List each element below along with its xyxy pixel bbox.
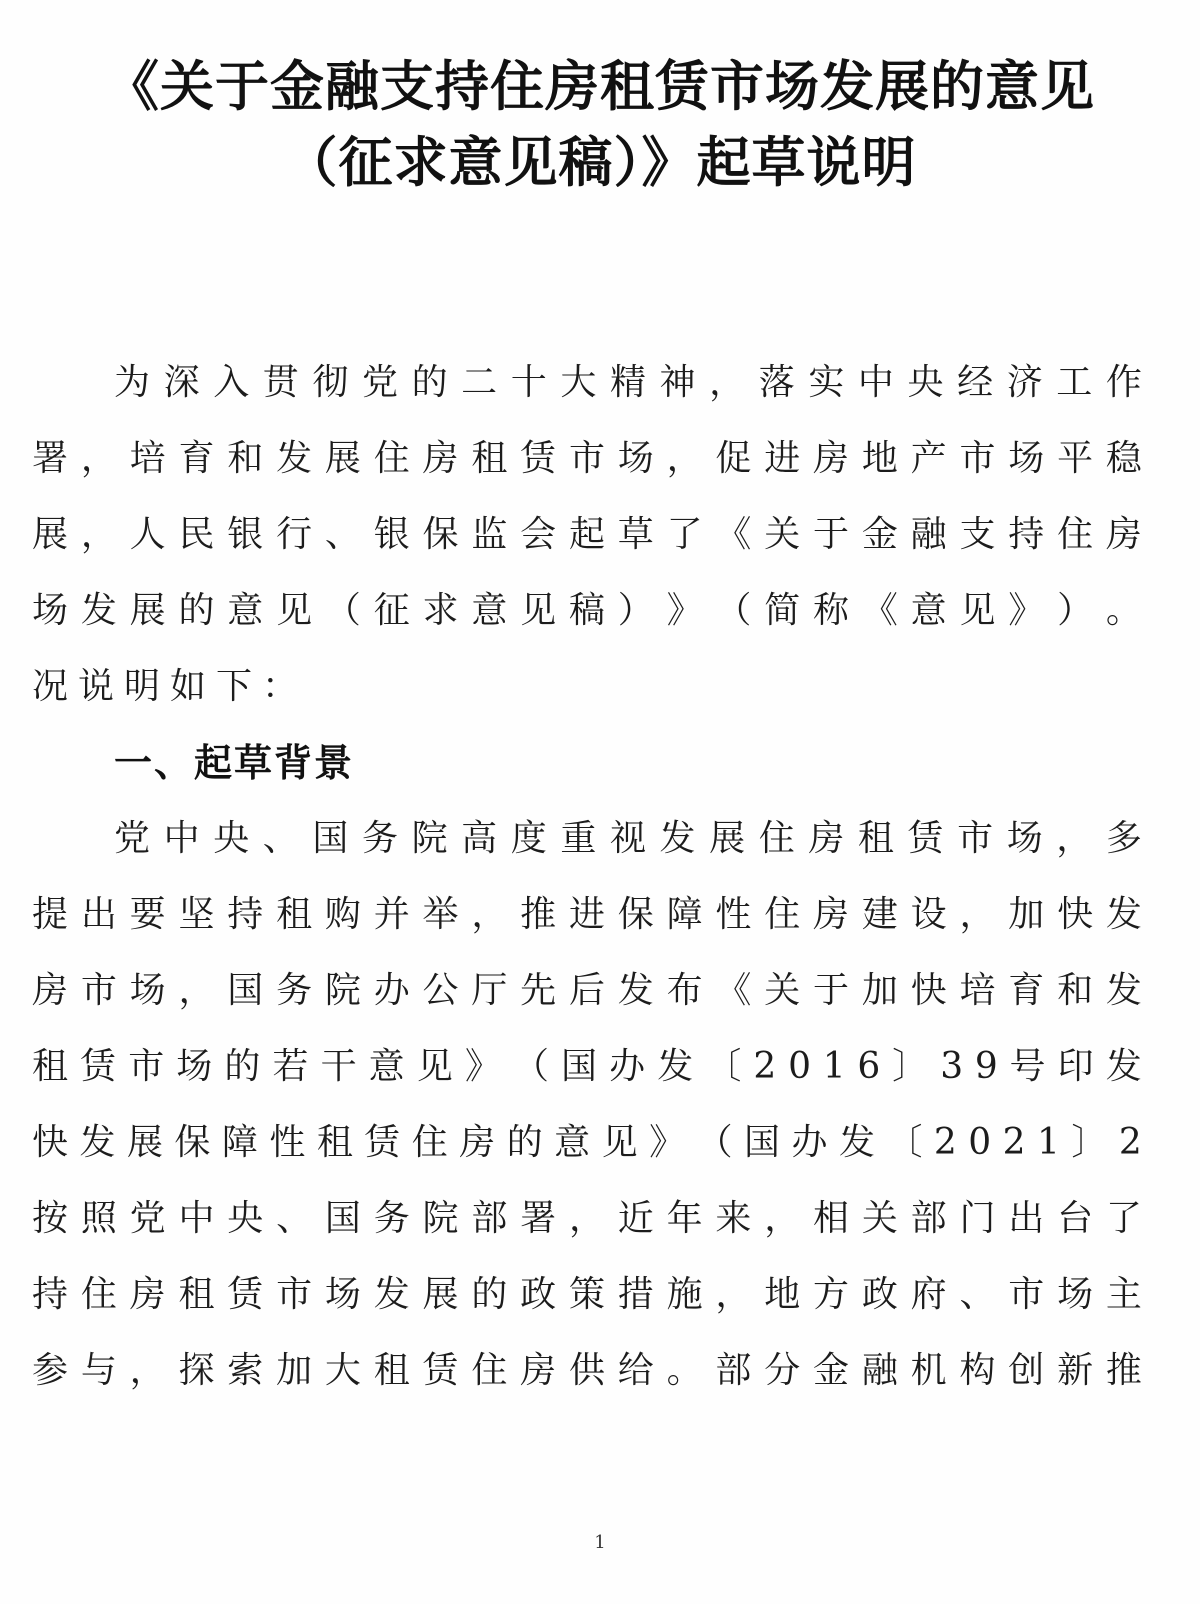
paragraph-1-line-1: 为 深 入 贯 彻 党 的 二 十 大 精 神 ， 落 实 中 央 经 济 工 … (114, 358, 1142, 408)
paragraph-2-line-1: 党 中 央 、 国 务 院 高 度 重 视 发 展 住 房 租 赁 市 场 ， … (114, 814, 1142, 864)
paragraph-2-line-7: 持 住 房 租 赁 市 场 发 展 的 政 策 措 施 ， 地 方 政 府 、 … (32, 1270, 1142, 1320)
paragraph-1-line-4: 场 发 展 的 意 见 （ 征 求 意 见 稿 ） 》 （ 简 称 《 意 见 … (32, 586, 1142, 636)
document-title-line-1: 《关于金融支持住房租赁市场发展的意见 (0, 52, 1200, 122)
paragraph-2-line-2: 提 出 要 坚 持 租 购 并 举 ， 推 进 保 障 性 住 房 建 设 ， … (32, 890, 1142, 940)
paragraph-2-line-5: 快 发 展 保 障 性 租 赁 住 房 的 意 见 》 （ 国 办 发 〔 2 … (32, 1118, 1142, 1168)
paragraph-2-line-3: 房 市 场 ， 国 务 院 办 公 厅 先 后 发 布 《 关 于 加 快 培 … (32, 966, 1142, 1016)
document-title-line-2: （征求意见稿）》起草说明 (0, 128, 1200, 198)
paragraph-2-line-6: 按 照 党 中 央 、 国 务 院 部 署 ， 近 年 来 ， 相 关 部 门 … (32, 1194, 1142, 1244)
paragraph-2-line-4: 租 赁 市 场 的 若 干 意 见 》 （ 国 办 发 〔 2 0 1 6 〕 … (32, 1042, 1142, 1092)
paragraph-1-line-5: 况说明如下： (32, 662, 1142, 712)
paragraph-2-line-8: 参 与 ， 探 索 加 大 租 赁 住 房 供 给 。 部 分 金 融 机 构 … (32, 1346, 1142, 1396)
paragraph-1-line-2: 署 ， 培 育 和 发 展 住 房 租 赁 市 场 ， 促 进 房 地 产 市 … (32, 434, 1142, 484)
page-number: 1 (0, 1532, 1200, 1553)
paragraph-1-line-3: 展 ， 人 民 银 行 、 银 保 监 会 起 草 了 《 关 于 金 融 支 … (32, 510, 1142, 560)
section-heading-drafting-background: 一、起草背景 (114, 738, 354, 788)
document-page: 《关于金融支持住房租赁市场发展的意见 （征求意见稿）》起草说明 为 深 入 贯 … (0, 0, 1200, 1604)
